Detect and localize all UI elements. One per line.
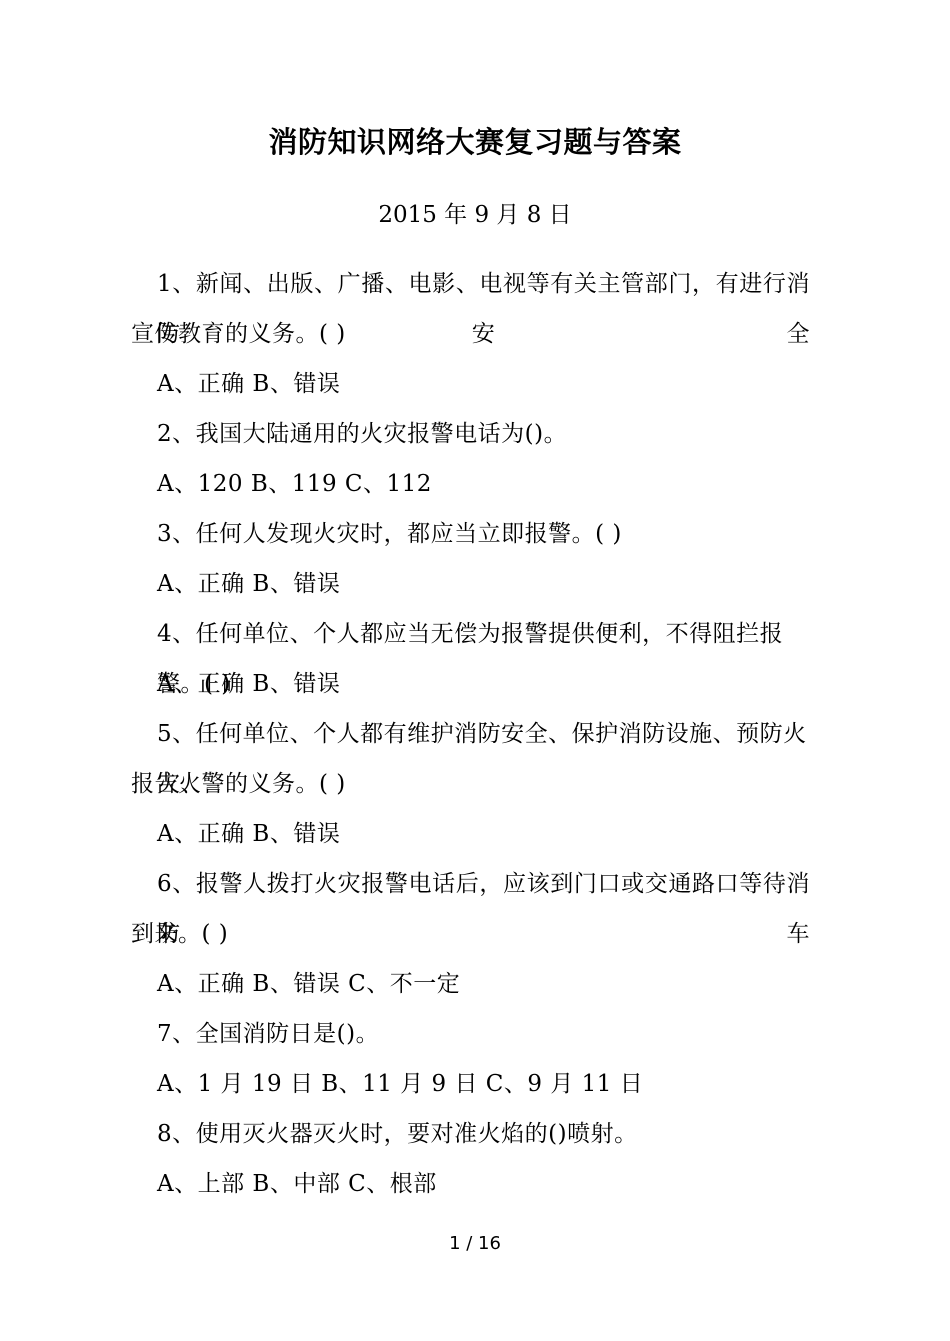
document-body: 1、新闻、出版、广播、电影、电视等有关主管部门，有进行消防安全 宣传教育的义务。…	[131, 259, 810, 1209]
question-8-options: A、上部 B、中部 C、根部	[131, 1159, 810, 1209]
document-date: 2015 年 9 月 8 日	[0, 196, 950, 229]
question-7-text: 7、全国消防日是()。	[131, 1009, 810, 1059]
question-2-text: 2、我国大陆通用的火灾报警电话为()。	[131, 409, 810, 459]
page-number: 1 / 16	[0, 1233, 950, 1254]
question-4-text: 4、任何单位、个人都应当无偿为报警提供便利，不得阻拦报警。( )	[131, 609, 810, 659]
question-1-text-line-1: 1、新闻、出版、广播、电影、电视等有关主管部门，有进行消防安全	[131, 259, 810, 309]
document-title: 消防知识网络大赛复习题与答案	[0, 120, 950, 161]
document-page: 消防知识网络大赛复习题与答案 2015 年 9 月 8 日 1、新闻、出版、广播…	[0, 0, 950, 1341]
question-7-options: A、1 月 19 日 B、11 月 9 日 C、9 月 11 日	[131, 1059, 810, 1109]
question-2-options: A、120 B、119 C、112	[131, 459, 810, 509]
question-3-text: 3、任何人发现火灾时，都应当立即报警。( )	[131, 509, 810, 559]
question-5-options: A、正确 B、错误	[131, 809, 810, 859]
question-6-text-line-1: 6、报警人拨打火灾报警电话后，应该到门口或交通路口等待消防车	[131, 859, 810, 909]
question-3-options: A、正确 B、错误	[131, 559, 810, 609]
question-1-options: A、正确 B、错误	[131, 359, 810, 409]
question-5-text-line-1: 5、任何单位、个人都有维护消防安全、保护消防设施、预防火灾、	[131, 709, 810, 759]
question-4-options: A、正确 B、错误	[131, 659, 810, 709]
question-8-text: 8、使用灭火器灭火时，要对准火焰的()喷射。	[131, 1109, 810, 1159]
question-6-options: A、正确 B、错误 C、不一定	[131, 959, 810, 1009]
question-5-text-line-2: 报告火警的义务。( )	[131, 759, 810, 809]
